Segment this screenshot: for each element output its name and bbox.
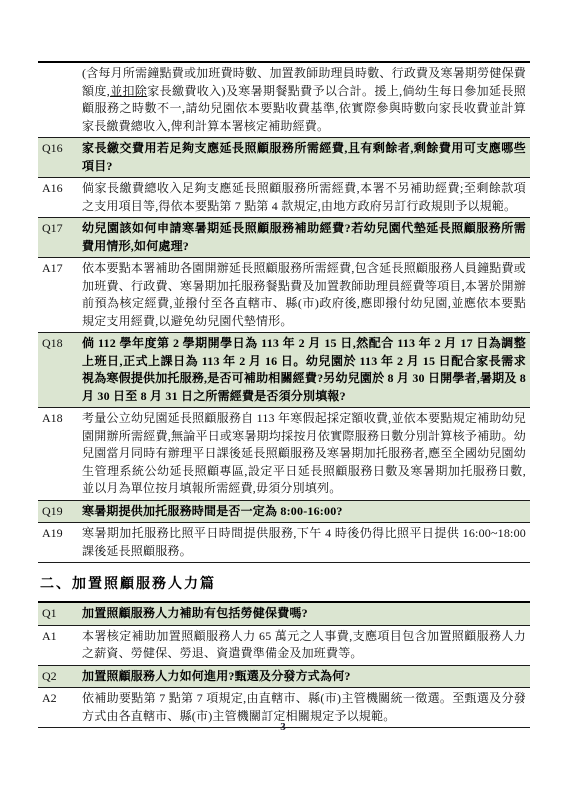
qa-row-q16: Q16 家長繳交費用若足夠支應延長照顧服務所需經費,且有剩餘者,剩餘費用可支應哪… <box>38 138 530 178</box>
qa-row-q18: Q18 倘 112 學年度第 2 學期開學日為 113 年 2 月 15 日,然… <box>38 333 530 408</box>
question-text: 家長繳交費用若足夠支應延長照顧服務所需經費,且有剩餘者,剩餘費用可支應哪些項目? <box>82 138 530 177</box>
question-text: 加置照顧服務人力補助有包括勞健保費嗎? <box>82 603 530 625</box>
page-number: 3 <box>0 721 566 733</box>
qa-label: A18 <box>38 408 82 500</box>
qa-label: Q18 <box>38 333 82 407</box>
qa-label: Q1 <box>38 603 82 625</box>
qa-row-q2: Q2 加置照顧服務人力如何進用?甄選及分發方式為何? <box>38 666 530 689</box>
answer-text: 考量公立幼兒園延長照顧服務自 113 年寒假起採定額收費,並依本要點規定補助幼兒… <box>82 408 530 500</box>
answer-text: 倘家長繳費總收入足夠支應延長照顧服務所需經費,本署不另補助經費;至剩餘款項之支用… <box>82 178 530 217</box>
qa-label-empty <box>38 63 82 137</box>
document-page: (含每月所需鐘點費或加班費時數、加置教師助理員時數、行政費及寒暑期勞健保費額度,… <box>0 0 566 794</box>
qa-label: A16 <box>38 178 82 217</box>
question-text: 寒暑期提供加托服務時間是否一定為 8:00-16:00? <box>82 501 530 523</box>
question-text: 倘 112 學年度第 2 學期開學日為 113 年 2 月 15 日,然配合 1… <box>82 333 530 407</box>
qa-row-continuation: (含每月所需鐘點費或加班費時數、加置教師助理員時數、行政費及寒暑期勞健保費額度,… <box>38 63 530 138</box>
section-title-added-care-staff: 二、加置照顧服務人力篇 <box>40 573 530 593</box>
answer-text: 依本要點本署補助各園開辦延長照顧服務所需經費,包含延長照顧服務人員鐘點費或加班費… <box>82 258 530 332</box>
question-text: 加置照顧服務人力如何進用?甄選及分發方式為何? <box>82 666 530 688</box>
qa-label: Q16 <box>38 138 82 177</box>
qa-label: A1 <box>38 626 82 665</box>
continuation-text-underlined: 並扣除 <box>110 84 147 98</box>
qa-table-added-care-staff: Q1 加置照顧服務人力補助有包括勞健保費嗎? A1 本署核定補助加置照顧服務人力… <box>38 601 530 728</box>
qa-table-extended-care: (含每月所需鐘點費或加班費時數、加置教師助理員時數、行政費及寒暑期勞健保費額度,… <box>38 61 530 563</box>
page-content: (含每月所需鐘點費或加班費時數、加置教師助理員時數、行政費及寒暑期勞健保費額度,… <box>38 61 530 728</box>
question-text: 幼兒園該如何申請寒暑期延長照顧服務補助經費?若幼兒園代墊延長照顧服務所需費用情形… <box>82 218 530 257</box>
continuation-paragraph: (含每月所需鐘點費或加班費時數、加置教師助理員時數、行政費及寒暑期勞健保費額度,… <box>82 63 530 137</box>
qa-label: Q2 <box>38 666 82 688</box>
qa-row-q1: Q1 加置照顧服務人力補助有包括勞健保費嗎? <box>38 603 530 626</box>
qa-row-a16: A16 倘家長繳費總收入足夠支應延長照顧服務所需經費,本署不另補助經費;至剩餘款… <box>38 178 530 218</box>
answer-text: 本署核定補助加置照顧服務人力 65 萬元之人事費,支應項目包含加置照顧服務人力之… <box>82 626 530 665</box>
qa-row-a1: A1 本署核定補助加置照顧服務人力 65 萬元之人事費,支應項目包含加置照顧服務… <box>38 626 530 666</box>
qa-label: A17 <box>38 258 82 332</box>
qa-row-a17: A17 依本要點本署補助各園開辦延長照顧服務所需經費,包含延長照顧服務人員鐘點費… <box>38 258 530 333</box>
answer-text: 寒暑期加托服務比照平日時間提供服務,下午 4 時後仍得比照平日提供 16:00~… <box>82 523 530 562</box>
qa-label: Q19 <box>38 501 82 523</box>
qa-label: Q17 <box>38 218 82 257</box>
qa-row-a18: A18 考量公立幼兒園延長照顧服務自 113 年寒假起採定額收費,並依本要點規定… <box>38 408 530 501</box>
continuation-text-post: 家長繳費收入)及寒暑期餐點費予以合計。援上,倘幼生每日參加延長照顧服務之時數不一… <box>82 84 526 133</box>
qa-row-a19: A19 寒暑期加托服務比照平日時間提供服務,下午 4 時後仍得比照平日提供 16… <box>38 523 530 563</box>
qa-row-q19: Q19 寒暑期提供加托服務時間是否一定為 8:00-16:00? <box>38 501 530 524</box>
qa-row-q17: Q17 幼兒園該如何申請寒暑期延長照顧服務補助經費?若幼兒園代墊延長照顧服務所需… <box>38 218 530 258</box>
qa-label: A19 <box>38 523 82 562</box>
